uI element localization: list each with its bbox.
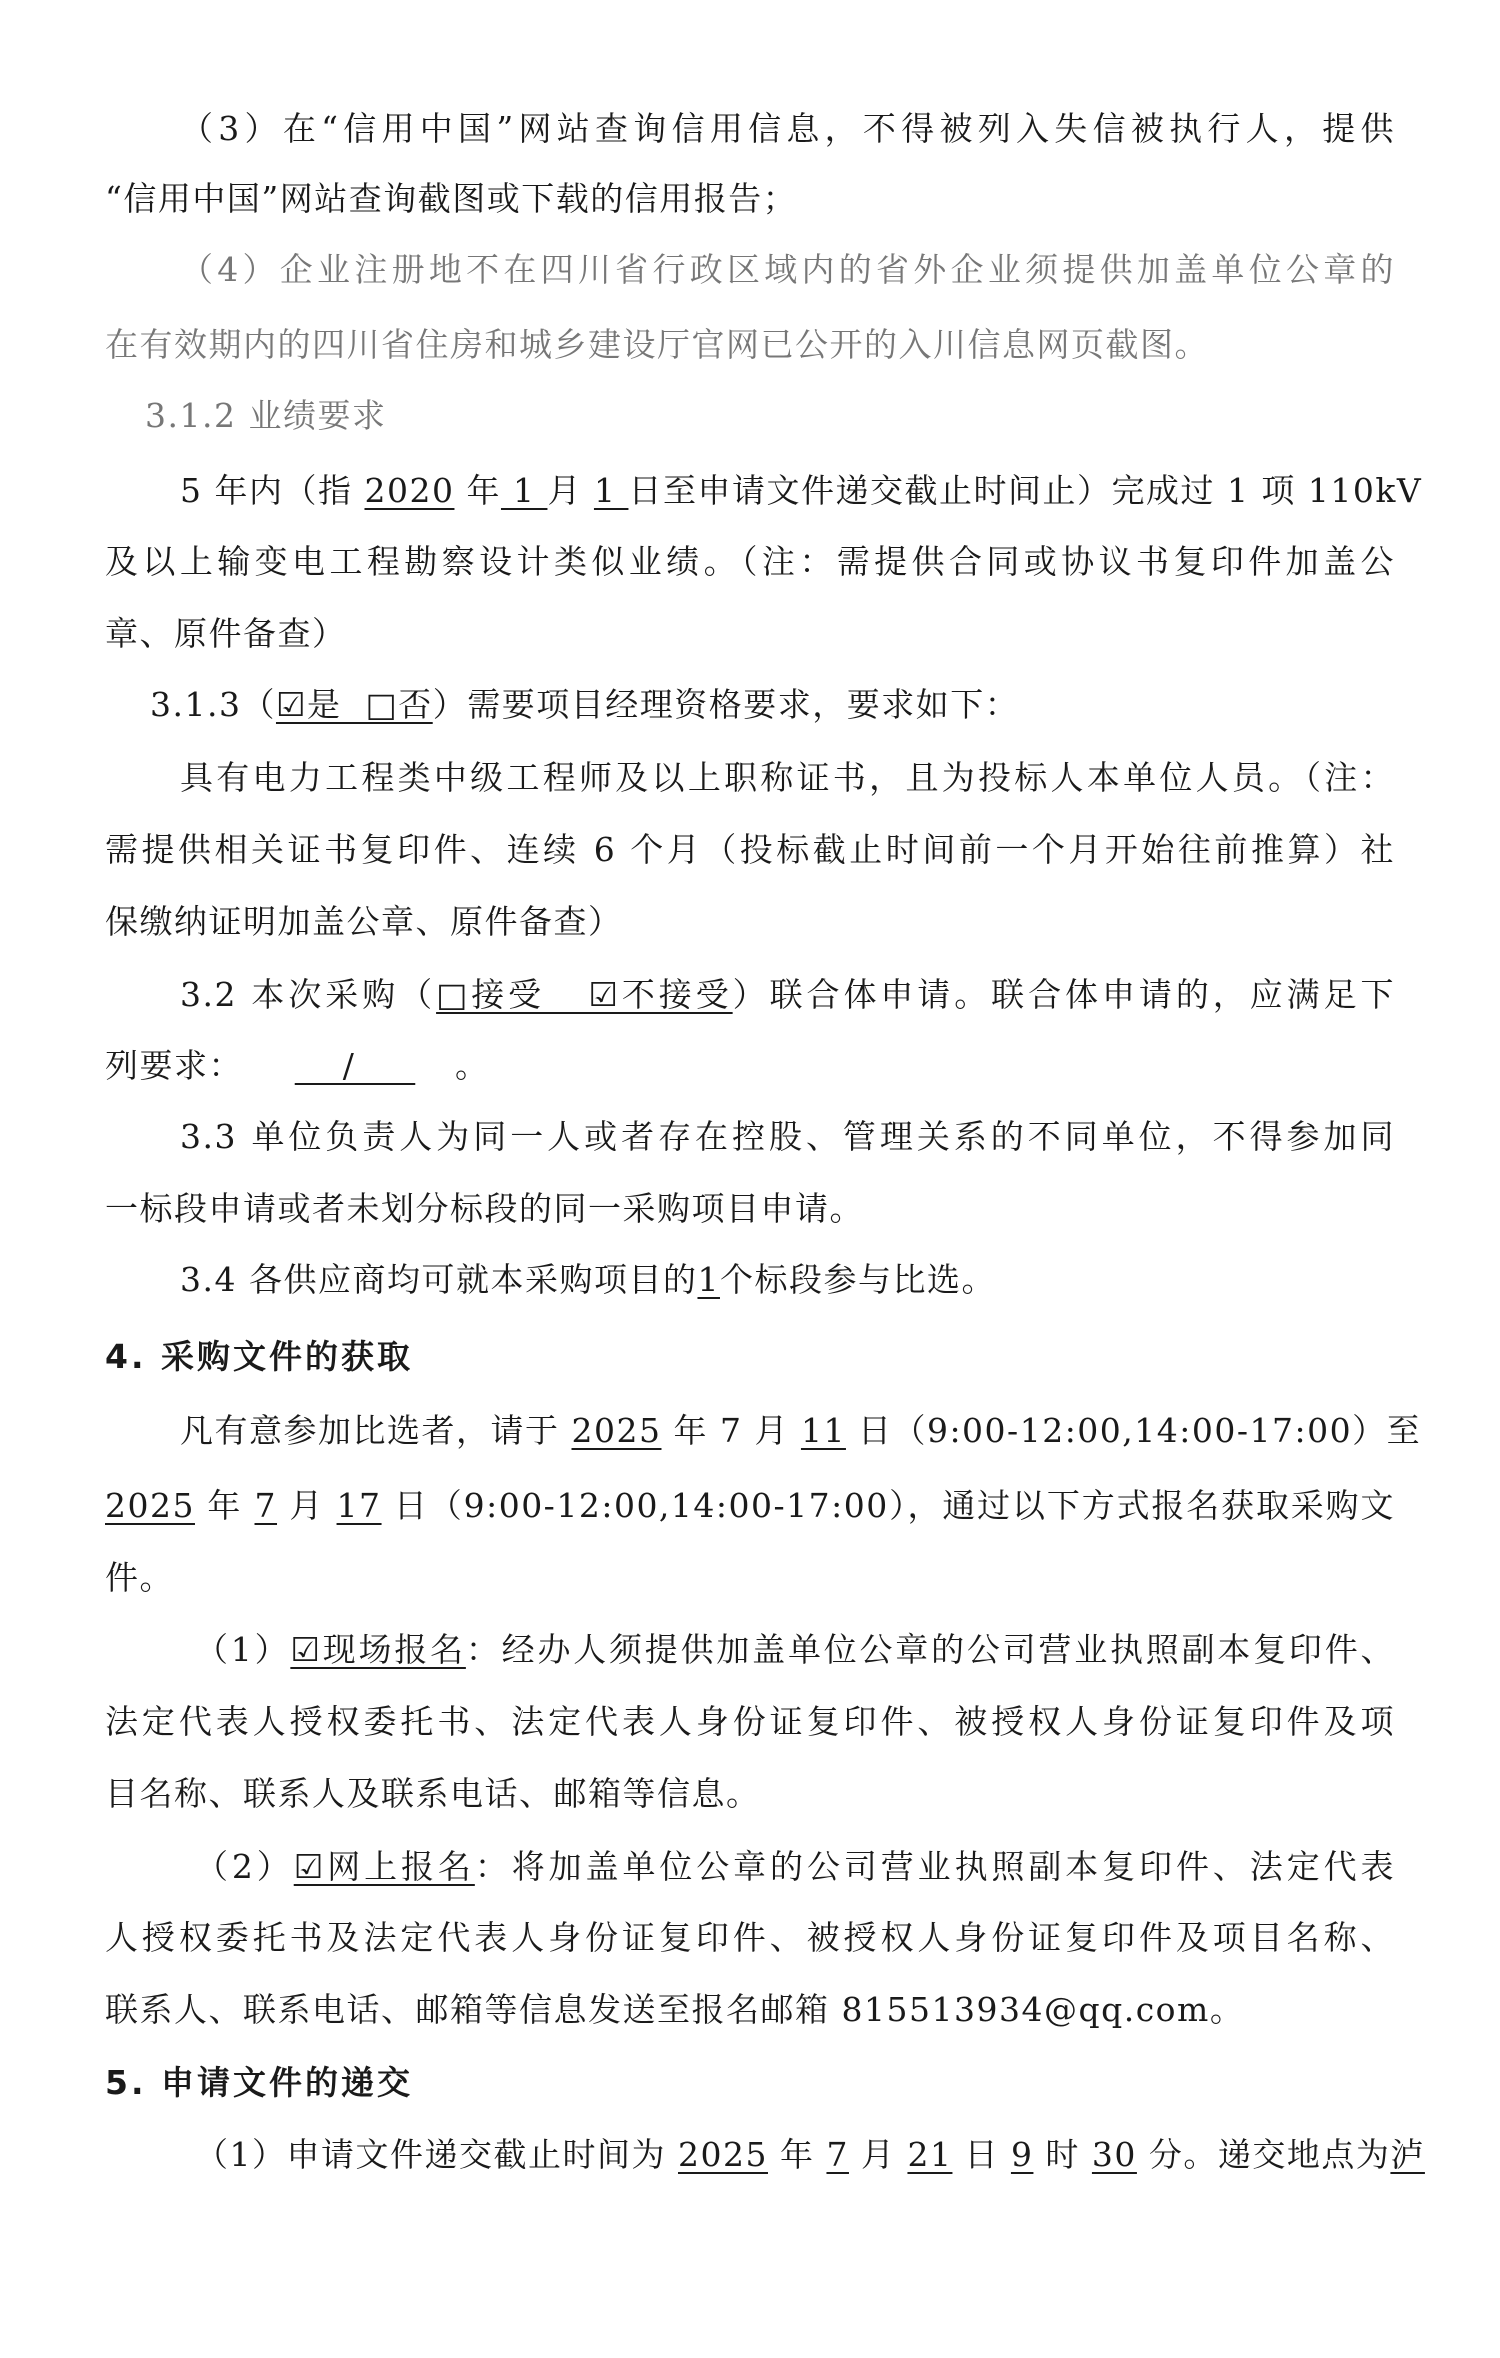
- text: ：经办人须提供加盖单位公章的公司营业执照副本复印件、: [466, 1630, 1395, 1669]
- out-of-province-line-1: （4）企业注册地不在四川省行政区域内的省外企业须提供加盖单位公章的: [180, 245, 1395, 295]
- end-month-field: 7: [255, 1486, 278, 1525]
- text: 月: [849, 2135, 907, 2174]
- section-3-3-line-2: 一标段申请或者未划分标段的同一采购项目申请。: [105, 1184, 1395, 1234]
- deadline-year-field: 2025: [678, 2135, 768, 2174]
- onsite-registration-line-2: 法定代表人授权委托书、法定代表人身份证复印件、被授权人身份证复印件及项: [105, 1697, 1395, 1747]
- text: ：将加盖单位公章的公司营业执照副本复印件、法定代表: [475, 1847, 1395, 1886]
- onsite-registration-line-3: 目名称、联系人及联系电话、邮箱等信息。: [105, 1769, 1395, 1819]
- text: 5 年内（指: [180, 471, 364, 510]
- section-3-1-3-line-1: 3.1.3（☑是 □否）需要项目经理资格要求，要求如下：: [150, 680, 1440, 730]
- text: 3.1.3（: [150, 685, 276, 724]
- text: （2）: [195, 1847, 294, 1886]
- online-registration-line-2: 人授权委托书及法定代表人身份证复印件、被授权人身份证复印件及项目名称、: [105, 1913, 1395, 1963]
- section-3-1-3-line-3: 需提供相关证书复印件、连续 6 个月（投标截止时间前一个月开始往前推算）社: [105, 825, 1395, 875]
- text: 日: [952, 2135, 1010, 2174]
- start-month-field: 1: [501, 471, 547, 510]
- performance-line-2: 及以上输变电工程勘察设计类似业绩。（注：需提供合同或协议书复印件加盖公: [105, 537, 1395, 587]
- text: 时: [1033, 2135, 1091, 2174]
- text: 件。: [105, 1558, 174, 1597]
- online-registration-checkbox: ☑网上报名: [294, 1847, 475, 1886]
- onsite-registration-line-1: （1）☑现场报名：经办人须提供加盖单位公章的公司营业执照副本复印件、: [195, 1625, 1395, 1675]
- text: 个标段参与比选。: [720, 1260, 996, 1299]
- text: 分。递交地点为: [1137, 2135, 1391, 2174]
- submission-place-field: 泸: [1390, 2135, 1425, 2174]
- text: 月: [547, 471, 594, 510]
- registration-email-text: 联系人、联系电话、邮箱等信息发送至报名邮箱 815513934@qq.com。: [105, 1990, 1244, 2029]
- section-4-line-3: 件。: [105, 1553, 1395, 1603]
- deadline-minute-field: 30: [1092, 2135, 1137, 2174]
- section-4-line-2: 2025 年 7 月 17 日（9:00-12:00,14:00-17:00），…: [105, 1481, 1395, 1531]
- section-heading: 4. 采购文件的获取: [105, 1337, 413, 1376]
- text: 年: [454, 471, 501, 510]
- text: 章、原件备查）: [105, 614, 347, 653]
- online-registration-line-1: （2）☑网上报名：将加盖单位公章的公司营业执照副本复印件、法定代表: [195, 1842, 1395, 1892]
- consortium-requirements-blank: /: [255, 1041, 455, 1091]
- credit-check-text-cont: “信用中国”网站查询截图或下载的信用报告；: [105, 179, 797, 218]
- text: 具有电力工程类中级工程师及以上职称证书，且为投标人本单位人员。（注：: [180, 758, 1395, 797]
- text: 。: [455, 1046, 490, 1085]
- out-of-province-line-2: 在有效期内的四川省住房和城乡建设厅官网已公开的入川信息网页截图。: [105, 320, 1395, 370]
- text: 日（9:00-12:00,14:00-17:00）至: [846, 1411, 1421, 1450]
- start-day-field: 11: [801, 1411, 846, 1450]
- credit-check-text: （3）在“信用中国”网站查询信用信息，不得被列入失信被执行人，提供: [180, 109, 1395, 148]
- section-3-2-line-1: 3.2 本次采购（□接受 ☑不接受）联合体申请。联合体申请的，应满足下: [180, 970, 1395, 1020]
- section-5-heading: 5. 申请文件的递交: [105, 2058, 1395, 2108]
- deadline-month-field: 7: [826, 2135, 849, 2174]
- start-day-field: 1: [594, 471, 629, 510]
- text: 月: [277, 1486, 337, 1525]
- end-day-field: 17: [337, 1486, 382, 1525]
- out-of-province-text-cont: 在有效期内的四川省住房和城乡建设厅官网已公开的入川信息网页截图。: [105, 325, 1209, 364]
- text: 日（9:00-12:00,14:00-17:00），通过以下方式报名获取采购文: [382, 1486, 1395, 1525]
- section-4-heading: 4. 采购文件的获取: [105, 1332, 1395, 1382]
- text: 凡有意参加比选者，请于: [180, 1411, 572, 1450]
- start-year-field: 2020: [364, 471, 454, 510]
- text: 一标段申请或者未划分标段的同一采购项目申请。: [105, 1189, 864, 1228]
- deadline-hour-field: 9: [1011, 2135, 1034, 2174]
- credit-check-line-1: （3）在“信用中国”网站查询信用信息，不得被列入失信被执行人，提供: [180, 104, 1395, 154]
- section-3-3-line-1: 3.3 单位负责人为同一人或者存在控股、管理关系的不同单位，不得参加同: [180, 1112, 1395, 1162]
- text: 法定代表人授权委托书、法定代表人身份证复印件、被授权人身份证复印件及项: [105, 1702, 1395, 1741]
- onsite-registration-checkbox: ☑现场报名: [290, 1630, 466, 1669]
- lot-count-field: 1: [697, 1260, 720, 1299]
- text: 年: [768, 2135, 826, 2174]
- section-3-1-3-line-4: 保缴纳证明加盖公章、原件备查）: [105, 897, 1395, 947]
- submission-deadline-line: （1）申请文件递交截止时间为 2025 年 7 月 21 日 9 时 30 分。…: [195, 2130, 1395, 2180]
- text: 目名称、联系人及联系电话、邮箱等信息。: [105, 1774, 761, 1813]
- section-3-4: 3.4 各供应商均可就本采购项目的1个标段参与比选。: [180, 1255, 1395, 1305]
- text: 保缴纳证明加盖公章、原件备查）: [105, 902, 623, 941]
- text: 日至申请文件递交截止时间止）完成过 1 项 110kV: [628, 471, 1422, 510]
- end-year-field: 2025: [105, 1486, 195, 1525]
- text: 年 7 月: [661, 1411, 800, 1450]
- performance-line-1: 5 年内（指 2020 年 1 月 1 日至申请文件递交截止时间止）完成过 1 …: [180, 466, 1395, 516]
- credit-check-line-2: “信用中国”网站查询截图或下载的信用报告；: [105, 174, 1395, 224]
- text: 列要求：: [105, 1046, 243, 1085]
- text: ）联合体申请。联合体申请的，应满足下: [733, 975, 1395, 1014]
- pm-qualification-checkbox-options: ☑是 □否: [276, 685, 433, 724]
- text: （1）: [195, 1630, 290, 1669]
- text: 3.3 单位负责人为同一人或者存在控股、管理关系的不同单位，不得参加同: [180, 1117, 1395, 1156]
- section-heading: 5. 申请文件的递交: [105, 2063, 413, 2102]
- performance-heading: 3.1.2 业绩要求: [145, 396, 386, 435]
- text: 及以上输变电工程勘察设计类似业绩。（注：需提供合同或协议书复印件加盖公: [105, 542, 1395, 581]
- text: ）需要项目经理资格要求，要求如下：: [433, 685, 1020, 724]
- online-registration-line-3: 联系人、联系电话、邮箱等信息发送至报名邮箱 815513934@qq.com。: [105, 1985, 1395, 2035]
- text: 年: [195, 1486, 255, 1525]
- consortium-checkbox-options: □接受 ☑不接受: [436, 975, 733, 1014]
- performance-line-3: 章、原件备查）: [105, 609, 1395, 659]
- text: 人授权委托书及法定代表人身份证复印件、被授权人身份证复印件及项目名称、: [105, 1918, 1395, 1957]
- text: （1）申请文件递交截止时间为: [195, 2135, 678, 2174]
- text: 需提供相关证书复印件、连续 6 个月（投标截止时间前一个月开始往前推算）社: [105, 830, 1395, 869]
- start-year-field: 2025: [572, 1411, 662, 1450]
- out-of-province-text: （4）企业注册地不在四川省行政区域内的省外企业须提供加盖单位公章的: [180, 250, 1395, 289]
- section-4-line-1: 凡有意参加比选者，请于 2025 年 7 月 11 日（9:00-12:00,1…: [180, 1406, 1395, 1456]
- deadline-day-field: 21: [907, 2135, 952, 2174]
- text: 3.4 各供应商均可就本采购项目的: [180, 1260, 697, 1299]
- text: 3.2 本次采购（: [180, 975, 436, 1014]
- section-3-1-2-heading: 3.1.2 业绩要求: [145, 391, 1435, 441]
- section-3-2-line-2: 列要求： / 。: [105, 1041, 1395, 1091]
- section-3-1-3-line-2: 具有电力工程类中级工程师及以上职称证书，且为投标人本单位人员。（注：: [180, 753, 1395, 803]
